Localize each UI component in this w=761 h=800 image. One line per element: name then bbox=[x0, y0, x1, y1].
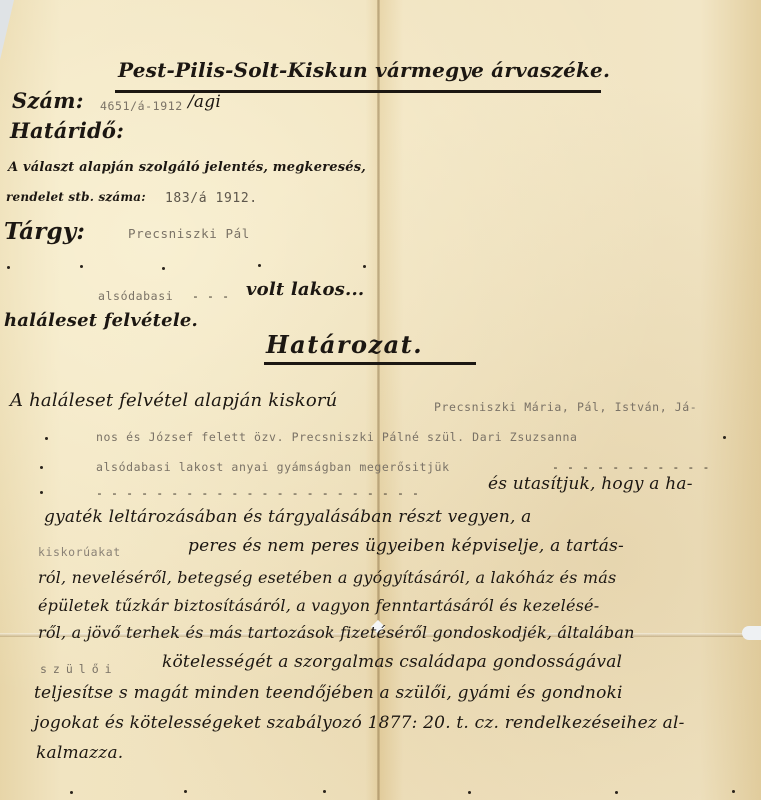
dot-mark bbox=[70, 791, 73, 794]
body-line-4-dashes: - - - - - - - - - - - - - - - - - - - - … bbox=[96, 486, 420, 500]
dot-mark bbox=[7, 266, 10, 269]
dot-mark bbox=[363, 265, 366, 268]
subject-label: Tárgy: bbox=[4, 218, 85, 245]
dot-mark bbox=[45, 437, 48, 440]
body-line-8-handwritten: épületek tűzkár biztosításáról, a vagyon… bbox=[38, 596, 599, 615]
deadline-label: Határidő: bbox=[10, 118, 124, 143]
body-line-1-typed: Precsniszki Mária, Pál, István, Já- bbox=[434, 400, 697, 414]
subject-name: Precsniszki Pál bbox=[128, 226, 250, 241]
body-line-12-handwritten: jogokat és kötelességeket szabályozó 187… bbox=[34, 713, 685, 733]
body-line-6-handwritten: peres és nem peres ügyeiben képviselje, … bbox=[188, 536, 624, 556]
order-number-value: 183/á 1912. bbox=[165, 191, 258, 206]
dot-mark bbox=[615, 791, 618, 794]
case-number-suffix: /agi bbox=[188, 92, 221, 112]
dot-mark bbox=[323, 790, 326, 793]
subject-place: alsódabasi bbox=[98, 289, 173, 303]
body-line-11-handwritten: teljesítse s magát minden teendőjében a … bbox=[34, 683, 623, 703]
body-line-4-handwritten: és utasítjuk, hogy a ha- bbox=[488, 474, 693, 494]
case-number-label: Szám: bbox=[12, 88, 84, 113]
order-number-label: rendelet stb. száma: bbox=[6, 190, 146, 204]
edge-tear bbox=[742, 626, 761, 640]
body-line-2-typed: nos és József felett özv. Precsniszki Pá… bbox=[96, 430, 578, 444]
body-line-6-typed: kiskorúakat bbox=[38, 545, 121, 559]
body-line-10-typed: szülői bbox=[40, 662, 118, 676]
dot-mark bbox=[184, 790, 187, 793]
subject-suffix: volt lakos... bbox=[246, 279, 364, 300]
header-title: Pest-Pilis-Solt-Kiskun vármegye árvaszék… bbox=[118, 58, 610, 82]
body-line-9-handwritten: ről, a jövő terhek és más tartozások fiz… bbox=[38, 623, 635, 642]
body-line-13-handwritten: kalmazza. bbox=[36, 743, 123, 763]
dot-mark bbox=[732, 790, 735, 793]
basis-line: A választ alapján szolgáló jelentés, meg… bbox=[8, 160, 366, 175]
dot-mark bbox=[468, 791, 471, 794]
dot-mark bbox=[723, 436, 726, 439]
subject-dashes: - - - bbox=[192, 289, 230, 303]
dot-mark bbox=[258, 264, 261, 267]
body-line-10-handwritten: kötelességét a szorgalmas családapa gond… bbox=[162, 652, 622, 672]
body-line-1-handwritten: A haláleset felvétel alapján kiskorú bbox=[10, 390, 337, 411]
subject-action: haláleset felvétele. bbox=[4, 310, 198, 331]
decision-heading: Határozat. bbox=[266, 330, 423, 359]
case-number-value: 4651/á-1912 bbox=[100, 99, 183, 113]
body-line-3-dashes: - - - - - - - - - - - bbox=[552, 460, 710, 474]
body-line-7-handwritten: ról, neveléséről, betegség esetében a gy… bbox=[38, 568, 616, 587]
scan-background-corner bbox=[0, 0, 14, 60]
dot-mark bbox=[80, 265, 83, 268]
vertical-fold-crease bbox=[377, 0, 380, 800]
dot-mark bbox=[40, 491, 43, 494]
decision-heading-underline bbox=[264, 362, 476, 365]
body-line-3-typed: alsódabasi lakost anyai gyámságban meger… bbox=[96, 460, 450, 474]
dot-mark bbox=[40, 466, 43, 469]
dot-mark bbox=[162, 267, 165, 270]
body-line-5-handwritten: gyaték leltározásában és tárgyalásában r… bbox=[44, 507, 532, 527]
